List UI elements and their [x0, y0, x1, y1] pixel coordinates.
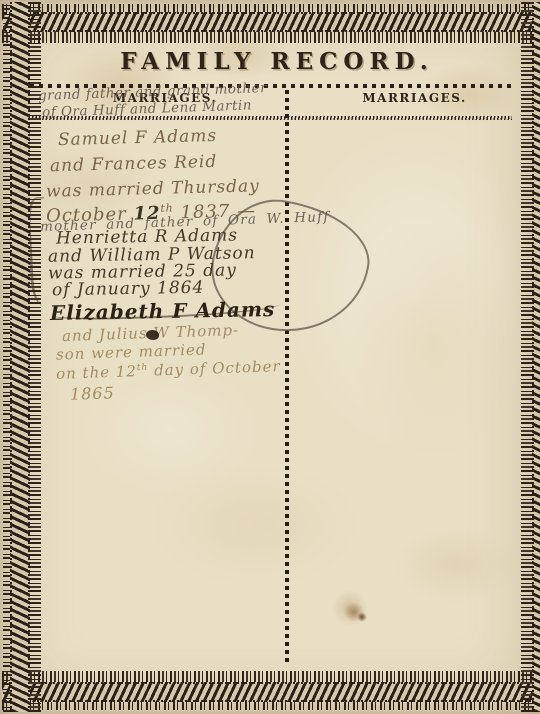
- page-title: FAMILY RECORD.: [0, 48, 540, 75]
- date-fragment: day of October: [148, 357, 281, 380]
- ink-blot: [146, 330, 159, 340]
- marriage-entry-line: 1865: [70, 383, 115, 404]
- column-divider-rule: [285, 86, 289, 662]
- marriage-entry-line: Samuel F Adams: [58, 126, 218, 150]
- date-ordinal: th: [160, 201, 174, 214]
- date-ordinal: th: [137, 363, 149, 373]
- right-column-header: MARRIAGES.: [352, 91, 477, 105]
- date-fragment: on the 12: [56, 362, 137, 383]
- marriage-entry-line: of January 1864: [52, 278, 205, 301]
- family-record-page: FAMILY RECORD. MARRIAGES. MARRIAGES. gra…: [0, 0, 540, 714]
- border-bottom-ornament: [2, 682, 538, 702]
- border-top-ornament: [2, 12, 538, 32]
- border-right-ornament: [532, 2, 540, 712]
- marriage-entry-line: and Frances Reid: [50, 152, 218, 176]
- marriage-entry-line: was married Thursday: [46, 176, 260, 202]
- border-left-ornament: [10, 2, 30, 712]
